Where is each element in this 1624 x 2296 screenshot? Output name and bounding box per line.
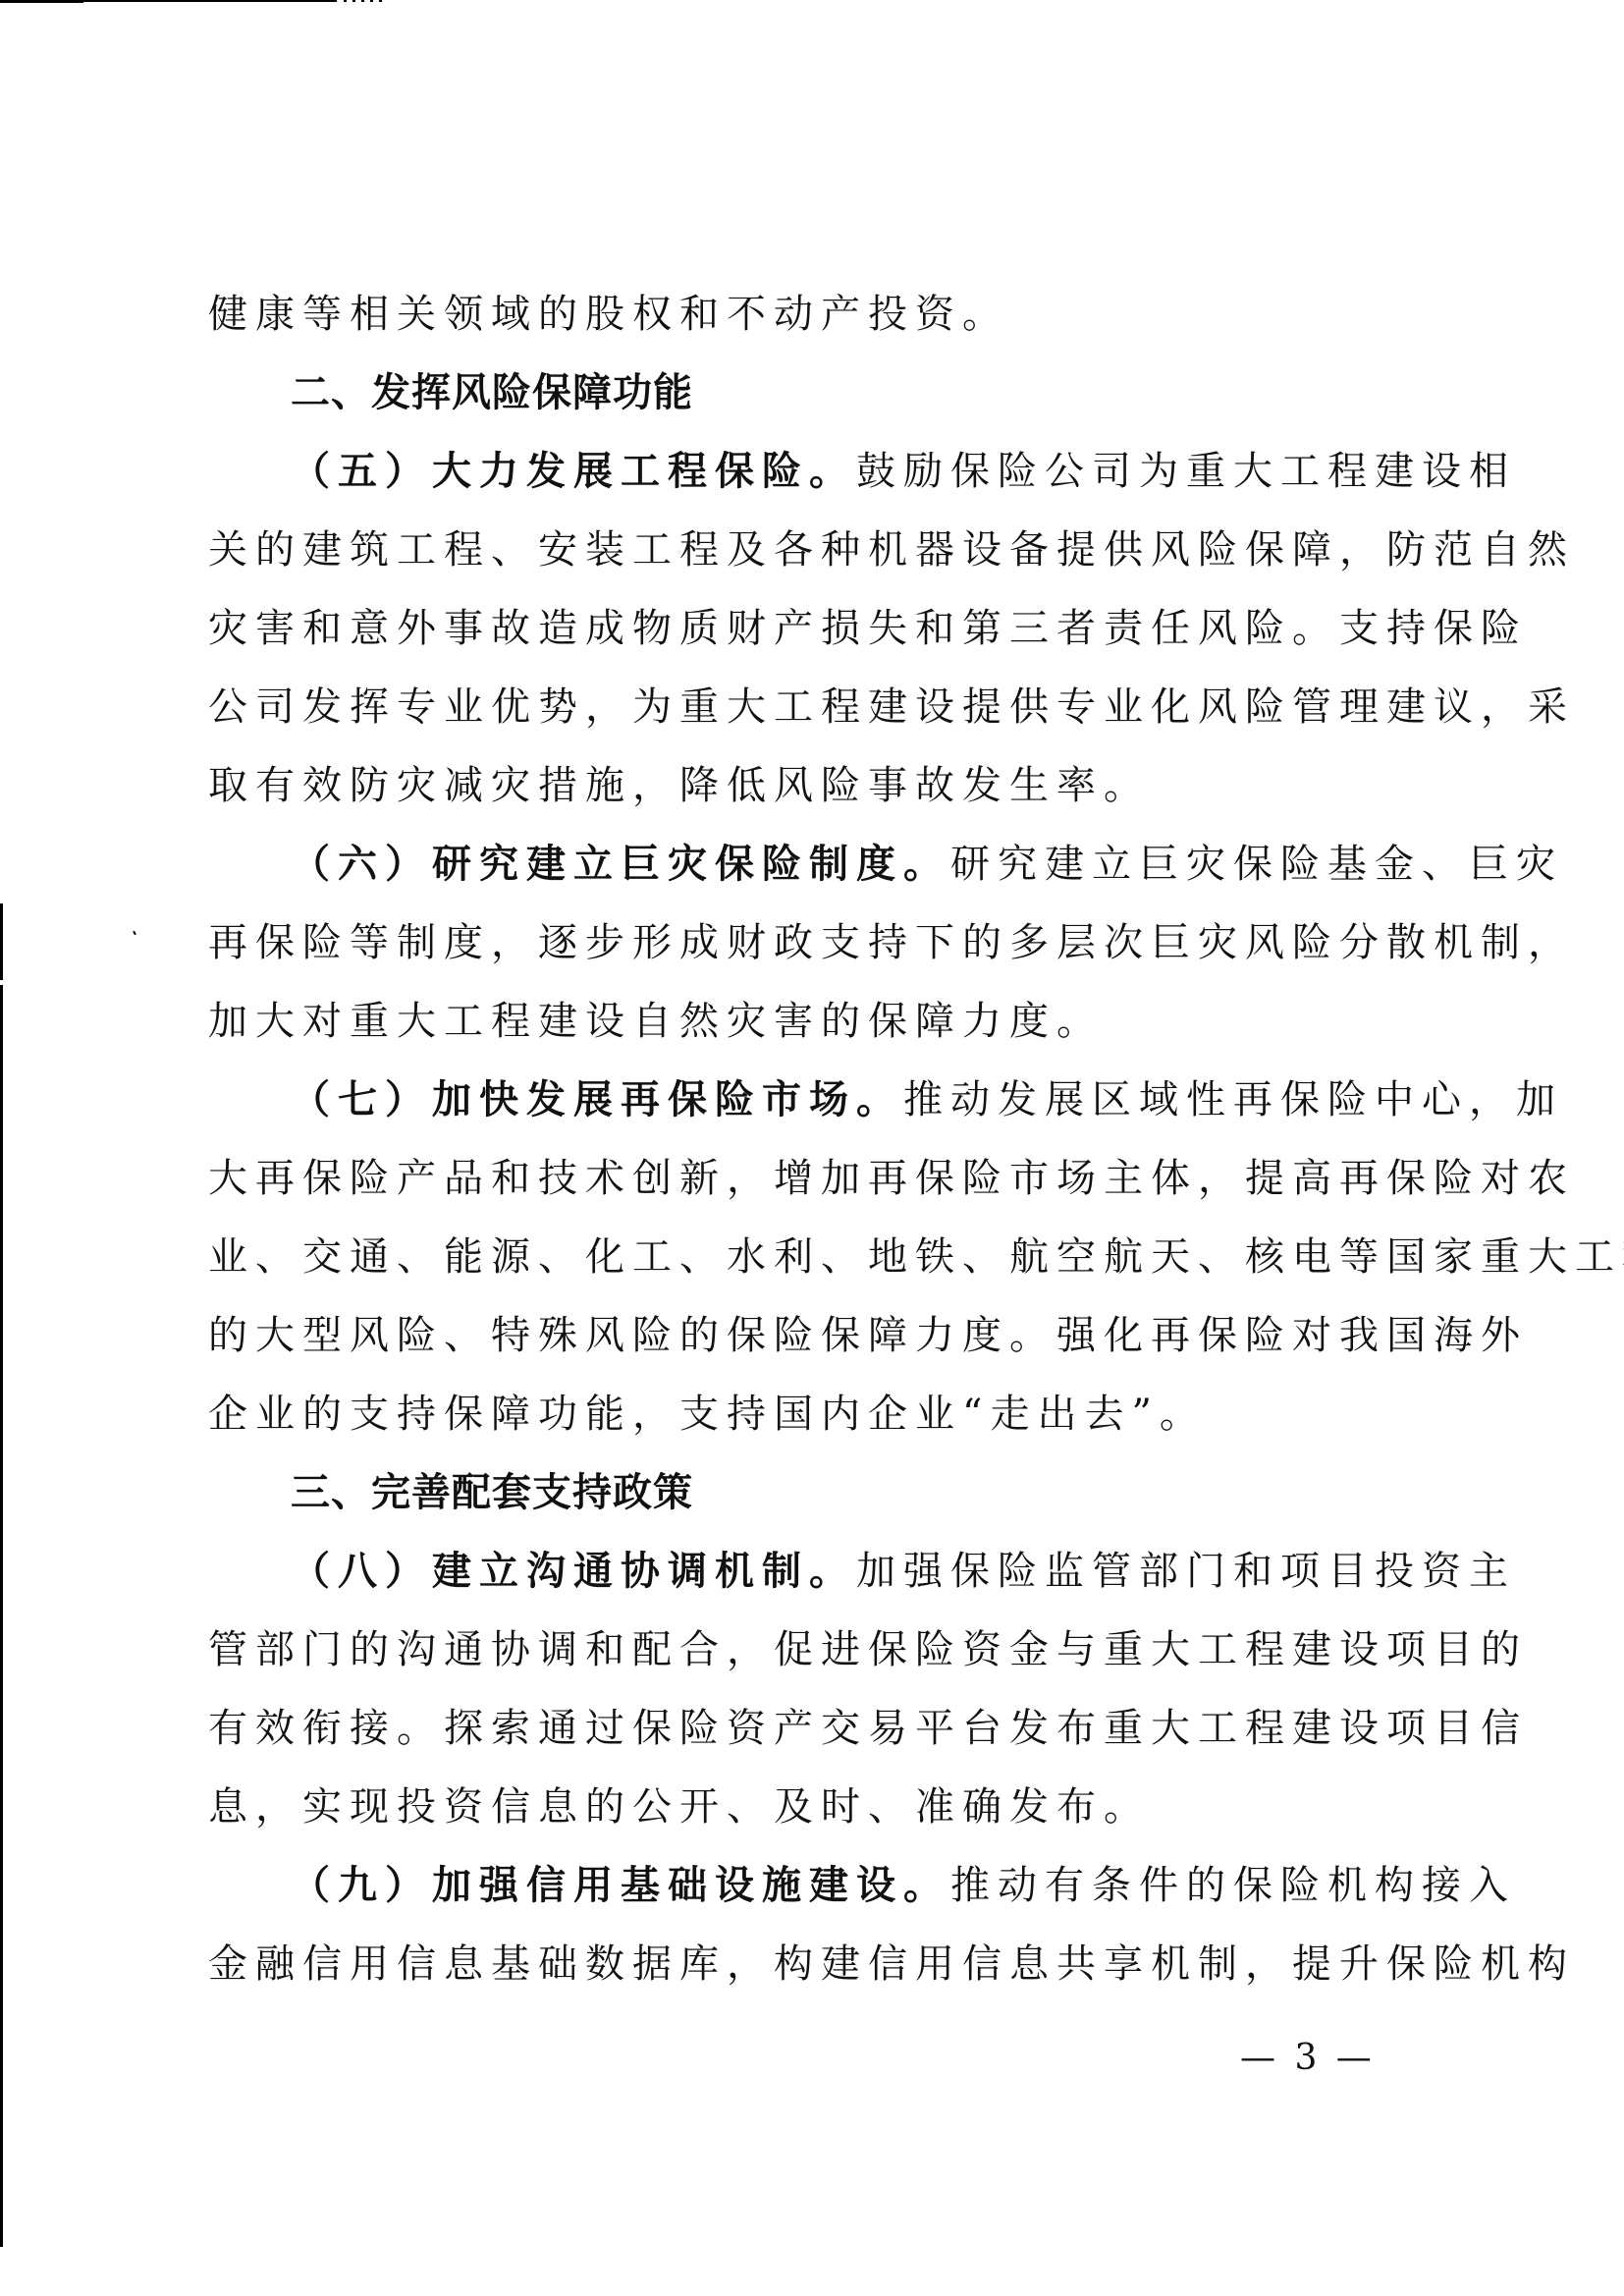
item-first-line: （九）加强信用基础设施建设。推动有条件的保险机构接入: [208, 1846, 1401, 1925]
item-text: 推动发展区域性再保险中心，加: [903, 1077, 1563, 1122]
item-title: （八）建立沟通协调机制。: [291, 1548, 856, 1594]
document-page: 健康等相关领域的股权和不动产投资。 二、发挥风险保障功能 （五）大力发展工程保险…: [208, 275, 1401, 2003]
paragraph-line: 再保险等制度，逐步形成财政支持下的多层次巨灾风险分散机制，: [208, 903, 1401, 982]
paragraph-line: 的大型风险、特殊风险的保险保障力度。强化再保险对我国海外: [208, 1296, 1401, 1375]
paragraph-line: 关的建筑工程、安装工程及各种机器设备提供风险保障，防范自然: [208, 511, 1401, 589]
item-text: 研究建立巨灾保险基金、巨灾: [950, 842, 1563, 887]
paragraph-line: 取有效防灾减灾措施，降低风险事故发生率。: [208, 746, 1401, 825]
scan-speck: [133, 931, 136, 935]
scan-left-edge-bar: [0, 985, 3, 2247]
page-number: — 3 —: [1240, 2038, 1376, 2078]
paragraph-line: 业、交通、能源、化工、水利、地铁、航空航天、核电等国家重大工程: [208, 1218, 1401, 1296]
paragraph-line: 息，实现投资信息的公开、及时、准确发布。: [208, 1768, 1401, 1846]
paragraph-line: 企业的支持保障功能，支持国内企业“走出去”。: [208, 1375, 1401, 1453]
item-text: 推动有条件的保险机构接入: [950, 1863, 1516, 1908]
paragraph-line: 有效衔接。探索通过保险资产交易平台发布重大工程建设项目信: [208, 1689, 1401, 1768]
item-text: 加强保险监管部门和项目投资主: [856, 1549, 1516, 1594]
item-title: （五）大力发展工程保险。: [291, 448, 856, 494]
item-first-line: （七）加快发展再保险市场。推动发展区域性再保险中心，加: [208, 1061, 1401, 1139]
paragraph-line: 管部门的沟通协调和配合，促进保险资金与重大工程建设项目的: [208, 1611, 1401, 1689]
item-first-line: （五）大力发展工程保险。鼓励保险公司为重大工程建设相: [208, 432, 1401, 511]
item-title: （七）加快发展再保险市场。: [291, 1076, 903, 1122]
item-first-line: （六）研究建立巨灾保险制度。研究建立巨灾保险基金、巨灾: [208, 825, 1401, 903]
paragraph-line: 大再保险产品和技术创新，增加再保险市场主体，提高再保险对农: [208, 1139, 1401, 1218]
paragraph-line: 灾害和意外事故造成物质财产损失和第三者责任风险。支持保险: [208, 589, 1401, 668]
item-title: （九）加强信用基础设施建设。: [291, 1862, 950, 1908]
item-first-line: （八）建立沟通协调机制。加强保险监管部门和项目投资主: [208, 1532, 1401, 1611]
scan-edge-ticks: [344, 0, 383, 2]
item-title: （六）研究建立巨灾保险制度。: [291, 841, 950, 887]
section-heading: 二、发挥风险保障功能: [208, 354, 1401, 432]
section-heading: 三、完善配套支持政策: [208, 1453, 1401, 1532]
paragraph-line: 金融信用信息基础数据库，构建信用信息共享机制，提升保险机构: [208, 1925, 1401, 2003]
scan-edge-line-thick: [0, 0, 83, 3]
scan-left-edge-bar: [0, 903, 3, 980]
item-text: 鼓励保险公司为重大工程建设相: [856, 449, 1516, 494]
paragraph-line: 健康等相关领域的股权和不动产投资。: [208, 275, 1401, 354]
paragraph-line: 公司发挥专业优势，为重大工程建设提供专业化风险管理建议，采: [208, 668, 1401, 746]
paragraph-line: 加大对重大工程建设自然灾害的保障力度。: [208, 982, 1401, 1061]
